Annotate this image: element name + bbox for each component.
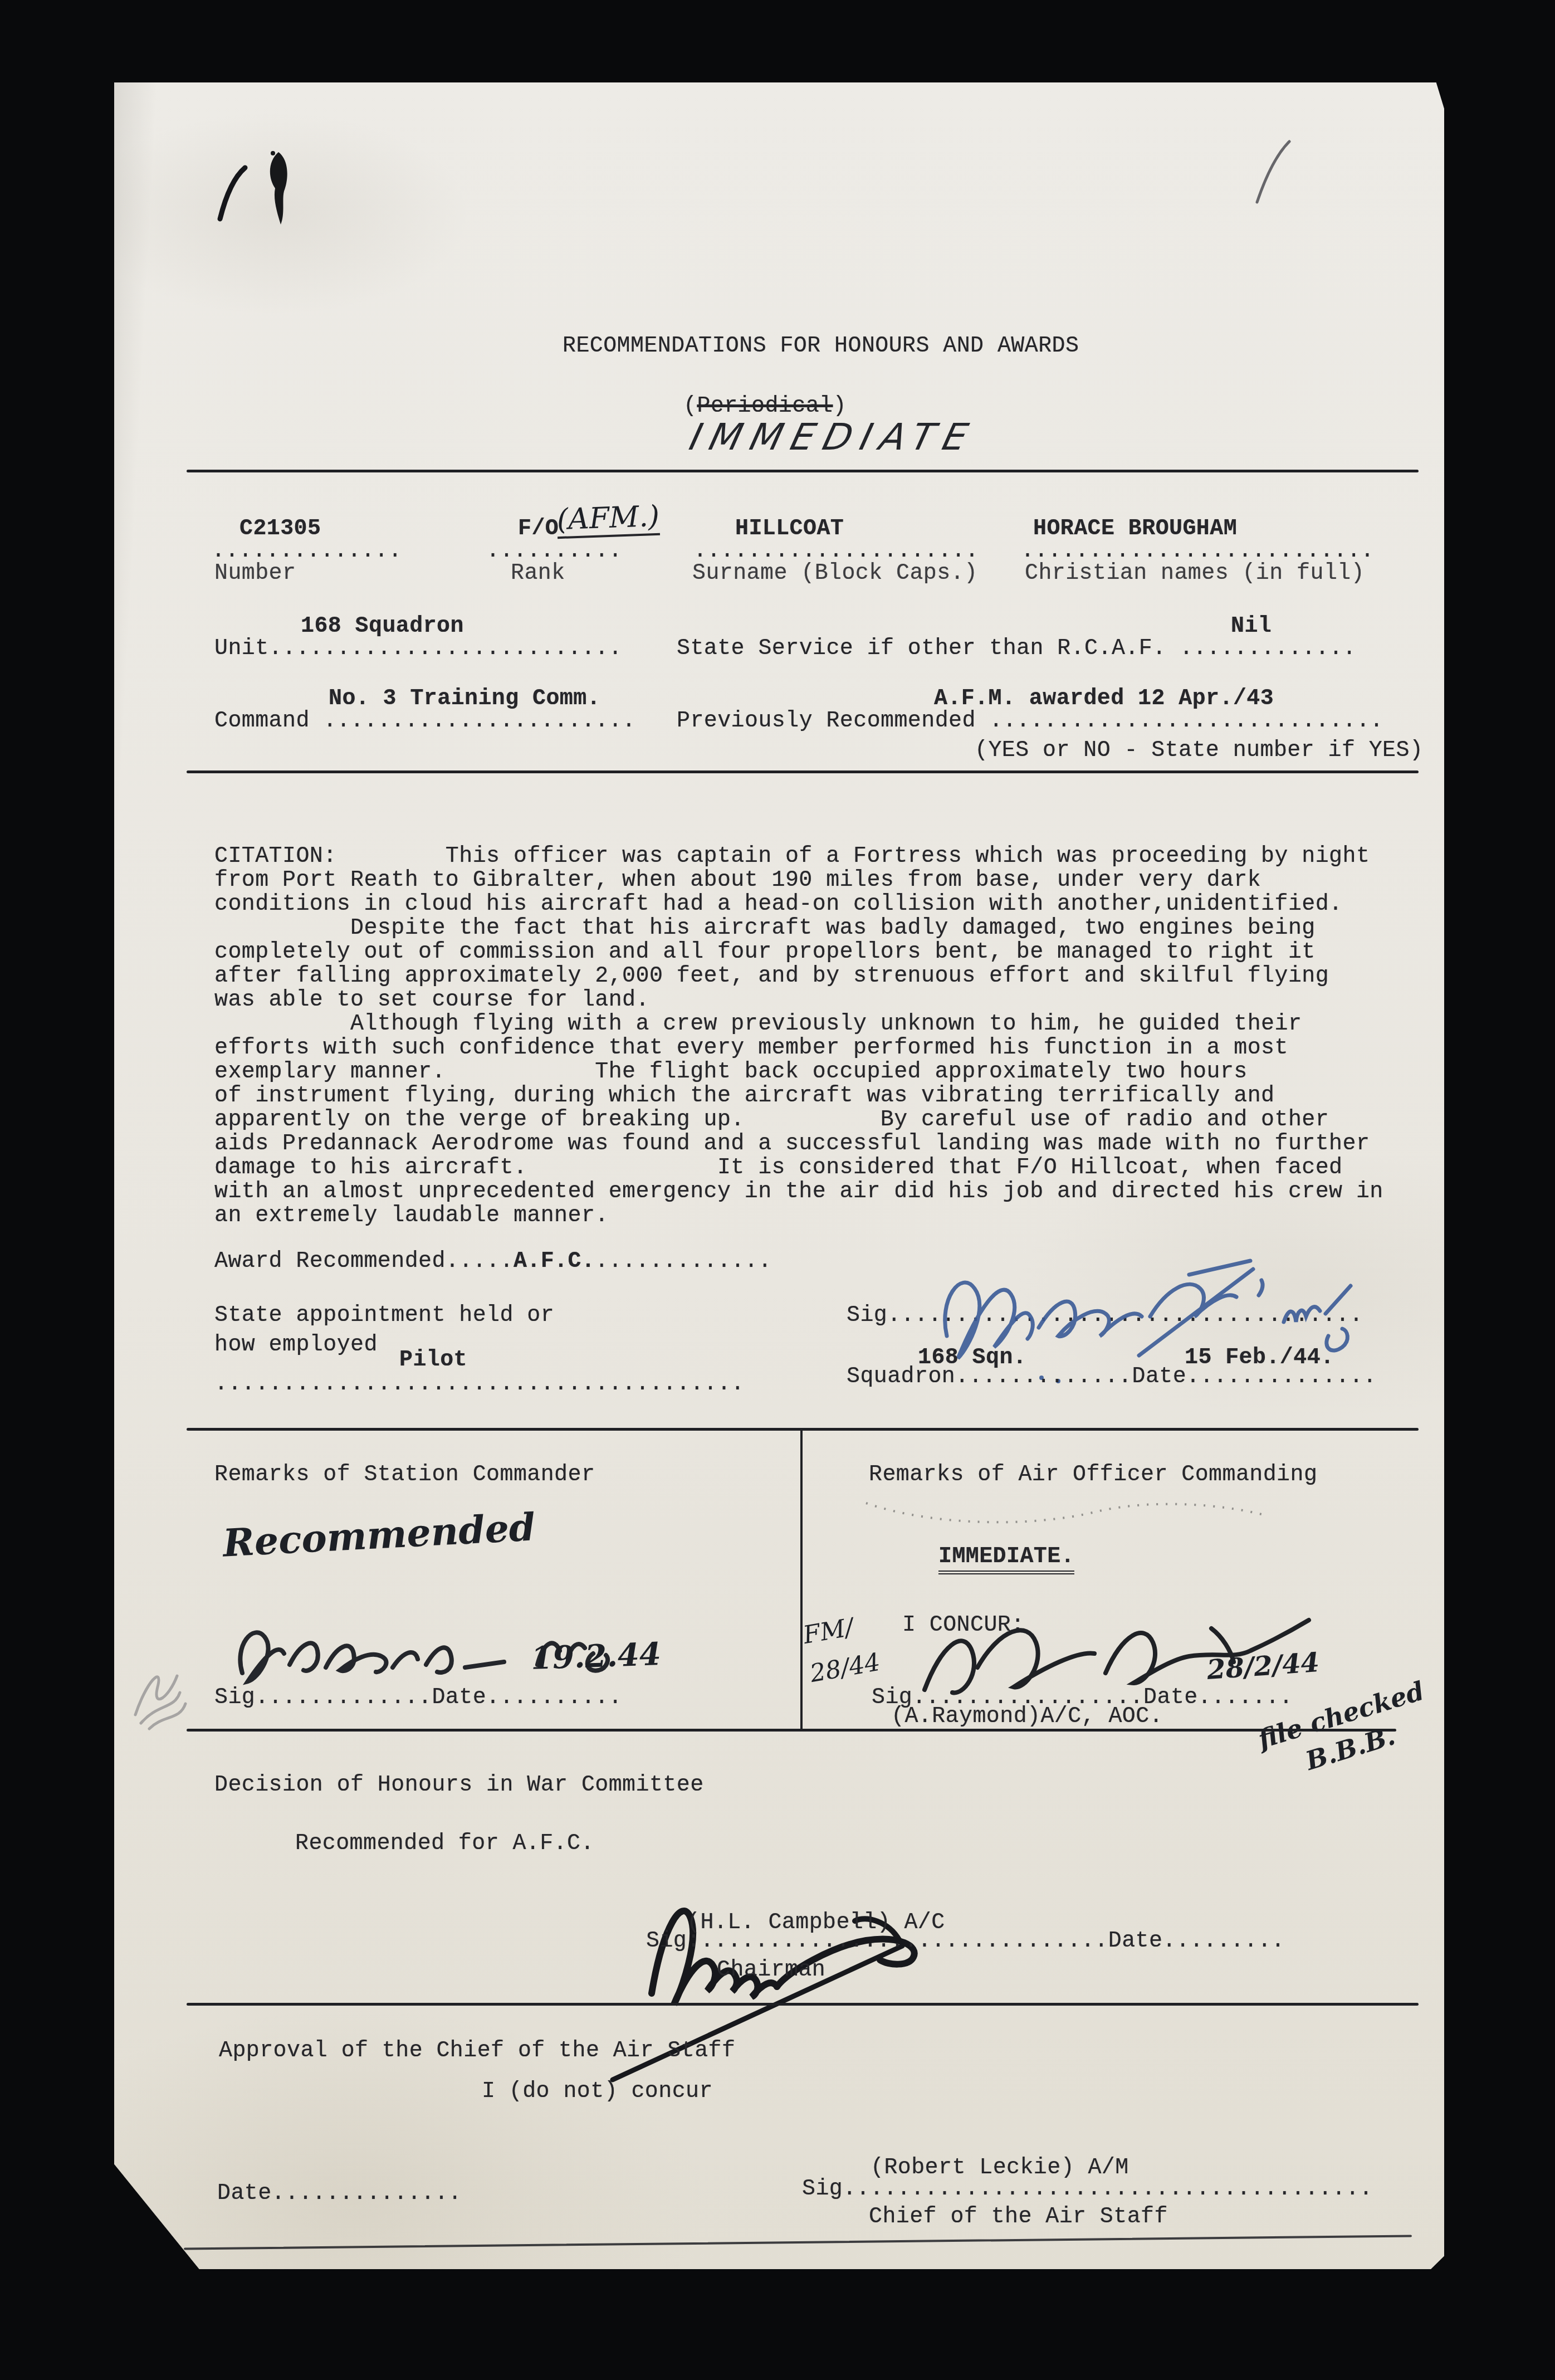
previously-recommended-value: A.F.M. awarded 12 Apr./43 — [934, 687, 1274, 711]
approval-concur: I (do not) concur — [482, 2080, 713, 2104]
horizontal-rule-1 — [187, 470, 1419, 472]
check-mark — [1250, 138, 1295, 208]
bottom-rule — [184, 2235, 1412, 2250]
citation-line: after falling approximately 2,000 feet, … — [214, 964, 1383, 988]
chief-role: Chief of the Air Staff — [869, 2205, 1168, 2229]
chairman-sig-date-line: Sig:..............................Date..… — [646, 1929, 1285, 1953]
rank-handwritten-afm: (AFM.) — [556, 500, 660, 539]
citation-line: conditions in cloud his aircraft had a h… — [214, 892, 1383, 916]
citation-line: efforts with such confidence that every … — [214, 1036, 1383, 1060]
citation-line: exemplary manner. The flight back occupi… — [214, 1060, 1383, 1084]
award-dots: ..... — [446, 1249, 514, 1274]
aoc-margin-note-line1: FM/ — [801, 1613, 855, 1650]
photo-of-document: { "page": { "background": "#090a0c", "pa… — [0, 0, 1555, 2380]
periodical-line: (Periodical) — [683, 394, 847, 418]
aoc-margin-note: FM/28/44 — [800, 1604, 883, 1694]
number-dots: .............. — [212, 539, 402, 563]
wavy-dotted-underline — [863, 1492, 1264, 1531]
service-line: State Service if other than R.C.A.F. ...… — [677, 637, 1356, 661]
citation-line: aids Predannack Aerodrome was found and … — [214, 1132, 1383, 1156]
appointment-value: Pilot — [399, 1348, 467, 1372]
citation-line: Although flying with a crew previously u… — [214, 1012, 1383, 1036]
citation-line: from Port Reath to Gibralter, when about… — [214, 869, 1383, 892]
periodical-open: ( — [683, 394, 697, 419]
rank-value: F/O — [518, 517, 559, 541]
service-value: Nil — [1231, 614, 1272, 638]
remarks-station-heading: Remarks of Station Commander — [214, 1463, 595, 1487]
citation-block: CITATION: This officer was captain of a … — [214, 845, 1383, 1228]
citation-line: completely out of commission and all fou… — [214, 940, 1383, 964]
christian-names-dots: .......................... — [1021, 539, 1375, 563]
award-label: Award Recommended — [214, 1249, 446, 1274]
surname-label: Surname (Block Caps.) — [692, 562, 977, 586]
rank-label: Rank — [511, 562, 565, 586]
approval-date-line: Date.............. — [217, 2182, 462, 2206]
margin-scribble — [124, 1631, 197, 1732]
document-title: RECOMMENDATIONS FOR HONOURS AND AWARDS — [563, 334, 1079, 358]
horizontal-rule-3 — [187, 1428, 1419, 1431]
chief-sig-line: Sig.....................................… — [802, 2177, 1373, 2201]
aoc-immediate: IMMEDIATE. — [938, 1545, 1074, 1574]
citation-line: damage to his aircraft. It is considered… — [214, 1156, 1383, 1180]
horizontal-rule-5 — [187, 2003, 1419, 2006]
rank-dots: .......... — [486, 539, 622, 563]
previously-recommended-note: (YES or NO - State number if YES) — [975, 739, 1423, 763]
citation-line: was able to set course for land. — [214, 988, 1383, 1012]
horizontal-rule-4 — [187, 1729, 1396, 1732]
award-recommended-line: Award Recommended.....A.F.C.............… — [214, 1250, 772, 1274]
command-line: Command ....................... — [214, 709, 636, 733]
christian-names-label: Christian names (in full) — [1025, 562, 1365, 586]
station-sig-date-line: Sig.............Date.......... — [214, 1686, 622, 1710]
pen-stroke-mark — [212, 163, 251, 225]
citation-line: CITATION: This officer was captain of a … — [214, 845, 1383, 869]
squadron-date-value: 15 Feb./44. — [1185, 1346, 1334, 1370]
surname-dots: ..................... — [693, 539, 979, 563]
horizontal-rule-2 — [187, 770, 1419, 773]
unit-value: 168 Squadron — [301, 614, 464, 638]
aoc-margin-note-line2: 28/44 — [808, 1648, 883, 1688]
unit-line: Unit.......................... — [214, 637, 622, 661]
previously-recommended-line: Previously Recommended .................… — [677, 709, 1383, 733]
aoc-name: (A.Raymond)A/C, AOC. — [891, 1705, 1163, 1729]
award-value: A.F.C. — [514, 1249, 595, 1274]
approval-heading: Approval of the Chief of the Air Staff — [219, 2039, 735, 2063]
ink-blot — [256, 147, 306, 230]
squadron-value: 168 Sqn. — [918, 1346, 1026, 1370]
recommended-handwritten: Recommended — [222, 1505, 536, 1565]
remarks-aoc-heading: Remarks of Air Officer Commanding — [869, 1463, 1317, 1487]
appointment-dots: ....................................... — [214, 1372, 745, 1396]
immediate-handwritten: IMMEDIATE — [685, 416, 981, 459]
document-page: RECOMMENDATIONS FOR HONOURS AND AWARDS (… — [114, 82, 1444, 2269]
command-value: No. 3 Training Comm. — [329, 687, 600, 711]
citation-line: an extremely laudable manner. — [214, 1204, 1383, 1228]
appointment-label-line1: State appointment held or — [214, 1304, 554, 1328]
surname-value: HILLCOAT — [735, 517, 844, 541]
citation-line: of instrument flying, during which the a… — [214, 1084, 1383, 1108]
citation-line: with an almost unprecedented emergency i… — [214, 1180, 1383, 1204]
station-date-handwritten: 19.2.44 — [530, 1636, 662, 1677]
committee-recommendation: Recommended for A.F.C. — [295, 1832, 594, 1856]
award-dots: ............. — [595, 1249, 771, 1274]
christian-names-value: HORACE BROUGHAM — [1033, 517, 1237, 541]
number-value: C21305 — [239, 517, 321, 541]
number-label: Number — [214, 562, 296, 586]
chairman-role: Chairman — [717, 1958, 825, 1982]
appointment-label-line2: how employed — [214, 1333, 378, 1357]
column-divider — [800, 1428, 803, 1731]
citation-line: apparently on the verge of breaking up. … — [214, 1108, 1383, 1132]
folded-corner — [114, 2164, 199, 2269]
committee-heading: Decision of Honours in War Committee — [214, 1773, 704, 1797]
citation-line: Despite the fact that his aircraft was b… — [214, 916, 1383, 940]
